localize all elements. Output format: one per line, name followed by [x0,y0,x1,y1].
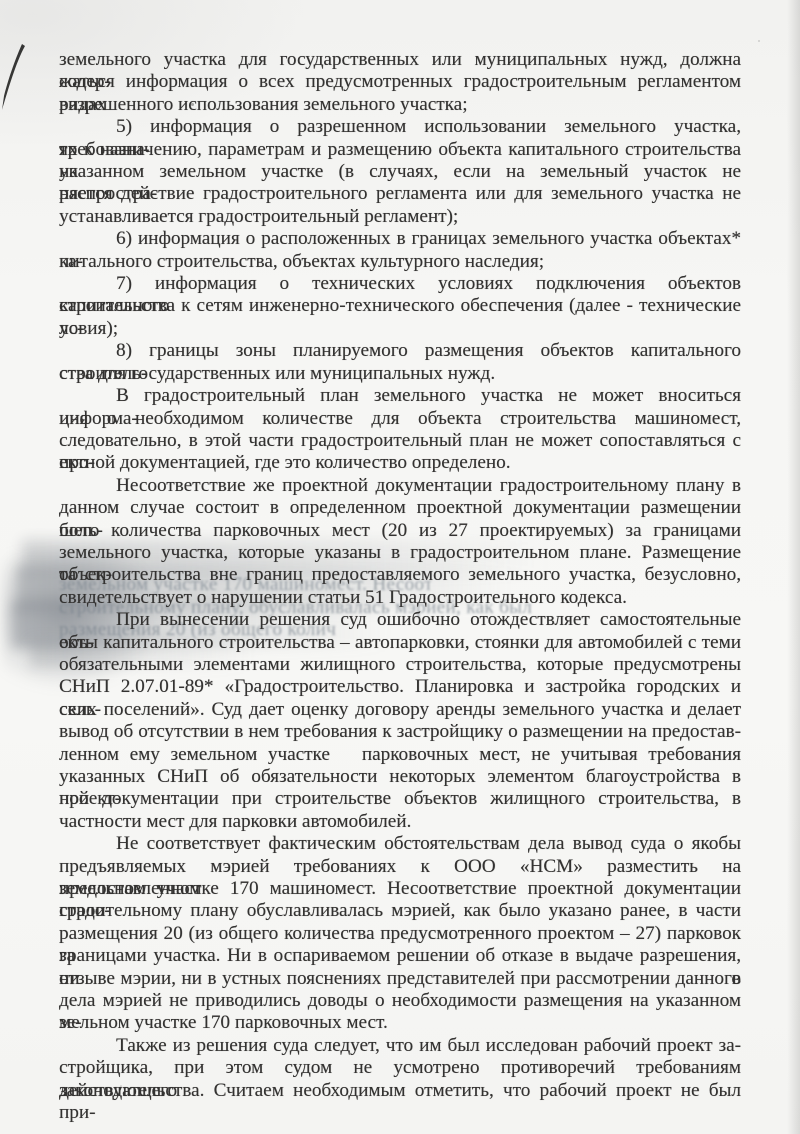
text-line: питального строительства, объектах культ… [59,251,741,273]
text-line: В градостроительный план земельного учас… [59,385,741,407]
text-line: ях к назначению, параметрам и размещению… [59,139,741,161]
document-text: земельного участка для государственных и… [59,49,741,1102]
text-line: 6) информация о расположенных в границах… [59,228,741,250]
scan-speck [191,103,194,106]
text-line: указанном земельном участке (в случаях, … [59,161,741,183]
text-line: та строительства вне границ предоставляе… [59,564,741,586]
text-line: следовательно, в этой части градостроите… [59,430,741,452]
text-line: ной документации при строительстве объек… [59,788,741,810]
text-line: стройщика, при этом судом не усмотрено п… [59,1057,741,1079]
text-line: земельного участка для государственных и… [59,49,741,71]
text-line: дела мэрией не приводились доводы о необ… [59,990,741,1012]
text-line: ектной документацией, где это количество… [59,452,741,474]
text-line: вывод об отсутствии в нем требования к з… [59,721,741,743]
page-edge-shadow [787,0,800,1134]
text-line: Не соответствует фактическим обстоятельс… [59,833,741,855]
text-line: устанавливается градостроительный реглам… [59,206,741,228]
scan-speck [758,40,760,42]
text-line: указанных СНиП об обязательности некотор… [59,766,741,788]
text-line: отзыве мэрии, ни в устных пояснениях пре… [59,968,741,990]
text-line: свидетельствует о нарушении статьи 51 Гр… [59,587,741,609]
text-line: границами участка. Ни в оспариваемом реш… [59,945,741,967]
text-line: ства для государственных или муниципальн… [59,363,741,385]
text-line: строительному плану обуславливалась мэри… [59,900,741,922]
text-line: данном случае состоит в определенном про… [59,497,741,519]
text-line: При вынесении решения суд ошибочно отожд… [59,609,741,631]
text-line: няется действие градостроительного регла… [59,183,741,205]
text-line: предъявляемых мэрией требованиях к ООО «… [59,856,741,878]
text-line: 5) информация о разрешенном использовани… [59,116,741,138]
scan-speck [120,1085,122,1087]
text-line: земельного участка, которые указаны в гр… [59,542,741,564]
pen-mark-artifact [0,38,30,118]
scanned-document-page: земельном участке 170 машиномест. Несоот… [0,0,800,1134]
text-line: ловия); [59,318,741,340]
text-line: ленном ему земельном участке парковочных… [59,744,741,766]
text-line: 8) границы зоны планируемого размещения … [59,340,741,362]
text-line: 7) информация о технических условиях под… [59,273,741,295]
text-line: размещения 20 (из общего количества пред… [59,923,741,945]
text-line: екты капитального строительства – автопа… [59,632,741,654]
text-line: шего количества парковочных мест (20 из … [59,520,741,542]
text-line: законодательства. Считаем необходимым от… [59,1080,741,1102]
text-line: ских поселений». Суд дает оценку договор… [59,699,741,721]
text-line: Также из решения суда следует, что им бы… [59,1035,741,1057]
text-line: разрешенного использования земельного уч… [59,94,741,116]
text-line: земельном участке 170 машиномест. Несоот… [59,878,741,900]
text-line: строительства к сетям инженерно-техничес… [59,295,741,317]
text-line: Несоответствие же проектной документации… [59,475,741,497]
text-line: частности мест для парковки автомобилей. [59,811,741,833]
text-line: СНиП 2.07.01-89* «Градостроительство. Пл… [59,676,741,698]
text-line: ция о необходимом количестве для объекта… [59,408,741,430]
text-line: жаться информация о всех предусмотренных… [59,71,741,93]
text-line: мельном участке 170 парковочных мест. [59,1012,741,1034]
scan-speck [85,77,87,79]
text-line: обязательными элементами жилищного строи… [59,654,741,676]
